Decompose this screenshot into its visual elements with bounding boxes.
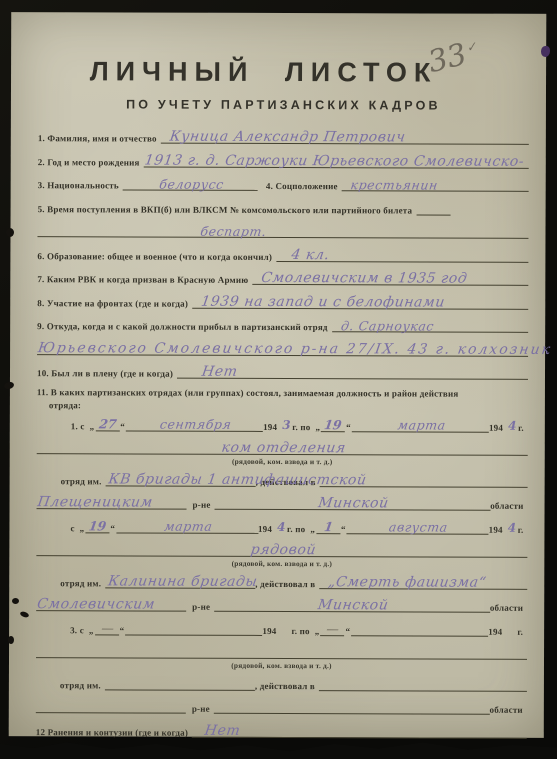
entry3-day-to-blank: — bbox=[320, 621, 344, 636]
paper-speck bbox=[8, 636, 14, 644]
field-captivity-blank: Нет bbox=[177, 364, 528, 380]
entry2-region: Минской bbox=[317, 598, 389, 612]
field-education-label: 6. Образование: общее и военное (что и к… bbox=[37, 251, 276, 262]
entry1-day-to: 19 bbox=[324, 419, 343, 432]
service-entry-1-unit: отряд им. КВ бригады 1 антифашистской , … bbox=[61, 471, 528, 488]
otryad-label: отряд им. bbox=[61, 476, 106, 486]
field-birth-label: 2. Год и место рождения bbox=[38, 157, 144, 167]
oblast-label: области bbox=[490, 603, 527, 613]
entry2-district: Смолевичским bbox=[36, 597, 156, 611]
entry2-day-to-blank: 1 bbox=[316, 519, 340, 534]
field-units-label-line1: 11. В каких партизанских отрядах (или гр… bbox=[37, 387, 463, 398]
field-party-blank: беспарт. bbox=[37, 222, 528, 239]
field-social-value: крестьянин bbox=[350, 179, 439, 192]
field-social-blank: крестьянин bbox=[342, 176, 529, 192]
year-prefix: 194 bbox=[488, 626, 506, 636]
rne-label: р-не bbox=[186, 602, 214, 612]
entry3-month-to-blank bbox=[351, 621, 488, 636]
field-captivity: 10. Был ли в плену (где и когда) Нет bbox=[37, 363, 528, 380]
rne-label: р-не bbox=[186, 704, 214, 714]
personal-form: 1. Фамилия, имя и отчество Куница Алекса… bbox=[36, 128, 529, 738]
entry2-position: рядовой bbox=[249, 543, 316, 557]
entry1-otryad-name: КВ бригады 1 антифашистской bbox=[108, 472, 368, 487]
entry2-day-from-blank: 19 bbox=[85, 518, 109, 533]
g: г. bbox=[518, 422, 528, 432]
field-arrival-value2: Юрьевского Смолевичского р-на 27/IX. 43 … bbox=[37, 341, 553, 357]
field-party-value: беспарт. bbox=[199, 225, 267, 238]
field-arrival-label: 9. Откуда, когда и с какой должности при… bbox=[37, 321, 332, 332]
acted-label: , действовал в bbox=[255, 680, 319, 690]
field-wounds-blank: Нет bbox=[192, 722, 527, 738]
field-arrival-line2: Юрьевского Смолевичского р-на 27/IX. 43 … bbox=[37, 340, 528, 357]
field-captivity-value: Нет bbox=[201, 365, 239, 379]
field-fronts-label: 8. Участие на фронтах (где и когда) bbox=[37, 298, 192, 309]
entry3-day-from: — bbox=[100, 622, 115, 635]
field-party-label: 5. Время поступления в ВКП(б) или ВЛКСМ … bbox=[38, 204, 417, 215]
service-entry-1-position: ком отделения bbox=[37, 439, 528, 456]
field-arrival-blank2: Юрьевского Смолевичского р-на 27/IX. 43 … bbox=[37, 340, 528, 357]
field-wounds: 12 Ранения и контузии (где и когда) Нет bbox=[36, 722, 527, 739]
field-fronts-value: 1939 на запад и с белофинами bbox=[200, 294, 446, 309]
field-fronts-blank: 1939 на запад и с белофинами bbox=[192, 293, 528, 309]
rank-hint: (рядовой, ком. взвода и т. д.) bbox=[36, 558, 527, 569]
oblast-label: области bbox=[489, 705, 526, 715]
scanned-photo-background: 33✓ ЛИЧНЫЙ ЛИСТОК ПО УЧЕТУ ПАРТИЗАНСКИХ … bbox=[0, 0, 557, 759]
entry1-day-from: 27 bbox=[98, 418, 117, 431]
service-entry-3-position bbox=[36, 643, 527, 660]
field-arrival: 9. Откуда, когда и с какой должности при… bbox=[37, 316, 528, 333]
entry1-region: Минской bbox=[317, 496, 389, 510]
service-entry-2-unit: отряд им. Калинина бригады , действовал … bbox=[60, 573, 527, 590]
acted-label: , действовал в bbox=[255, 578, 319, 588]
g-po: г. по bbox=[292, 422, 314, 432]
field-education-value: 4 кл. bbox=[290, 248, 330, 262]
field-rvk-blank: Смолевичским в 1935 год bbox=[252, 270, 528, 286]
field-arrival-value1: д. Сарноукас bbox=[340, 320, 435, 333]
entry1-prefix: 1. с bbox=[71, 421, 89, 431]
year-prefix: 194 bbox=[489, 422, 507, 432]
rne-label: р-не bbox=[187, 500, 215, 510]
entry2-month-to: августа bbox=[388, 521, 449, 534]
service-entry-3-area: р-не области bbox=[36, 698, 527, 715]
entry2-acted-value: „Смерть фашизма“ bbox=[327, 575, 487, 590]
field-units-heading: 11. В каких партизанских отрядах (или гр… bbox=[37, 387, 528, 399]
entry2-day-from: 19 bbox=[88, 520, 107, 533]
year-prefix: 194 bbox=[258, 523, 276, 533]
entry2-year-to: 4 bbox=[508, 521, 516, 533]
entry1-month-from: сентября bbox=[159, 419, 232, 432]
entry3-month-from-blank bbox=[125, 620, 262, 635]
entry2-region-blank: Минской bbox=[214, 597, 490, 613]
field-nationality-label: 3. Национальность bbox=[38, 180, 123, 190]
form-title: ЛИЧНЫЙ ЛИСТОК bbox=[38, 56, 489, 89]
field-party-line2: беспарт. bbox=[37, 222, 528, 239]
field-birth-value: 1913 г. д. Саржоуки Юрьевского Смолевичс… bbox=[144, 153, 525, 168]
rank-hint: (рядовой, ком. взвода и т. д.) bbox=[37, 456, 528, 467]
service-entry-3-unit: отряд им. , действовал в bbox=[60, 675, 527, 692]
g: г. bbox=[517, 626, 527, 636]
field-birth: 2. Год и место рождения 1913 г. д. Саржо… bbox=[38, 152, 529, 169]
entry2-day-to: 1 bbox=[323, 521, 334, 534]
entry1-day-to-blank: 19 bbox=[321, 417, 345, 432]
entry3-year-from-blank bbox=[280, 622, 291, 636]
entry2-district-blank: Смолевичским bbox=[36, 596, 186, 612]
document-paper: 33✓ ЛИЧНЫЙ ЛИСТОК ПО УЧЕТУ ПАРТИЗАНСКИХ … bbox=[9, 12, 547, 738]
ink-blot bbox=[541, 46, 550, 57]
year-prefix: 194 bbox=[489, 524, 507, 534]
field-surname-blank: Куница Александр Петрович bbox=[161, 129, 529, 145]
entry1-position: ком отделения bbox=[220, 441, 346, 455]
field-fronts: 8. Участие на фронтах (где и когда) 1939… bbox=[37, 293, 528, 310]
entry2-year-from-blank: 4 bbox=[276, 519, 287, 533]
entry3-prefix: 3. с bbox=[70, 625, 88, 635]
oblast-label: области bbox=[490, 501, 527, 511]
entry3-year-to-blank bbox=[506, 622, 517, 636]
entry1-region-blank: Минской bbox=[215, 495, 491, 511]
entry3-otryad-blank bbox=[105, 675, 255, 691]
field-captivity-label: 10. Был ли в плену (где и когда) bbox=[37, 368, 177, 378]
field-education: 6. Образование: общее и военное (что и к… bbox=[37, 246, 528, 263]
entry2-acted-blank: „Смерть фашизма“ bbox=[319, 574, 527, 590]
rank-hint: (рядовой, ком. взвода и т. д.) bbox=[36, 660, 527, 671]
g-po: г. по bbox=[287, 524, 309, 534]
entry1-month-from-blank: сентября bbox=[126, 416, 263, 431]
service-entry-1-dates: 1. с „ 27 “ сентября 194 3 г. по „ 19 “ … bbox=[71, 416, 528, 433]
field-wounds-label: 12 Ранения и контузии (где и когда) bbox=[36, 727, 192, 738]
entry3-region-blank bbox=[214, 699, 490, 715]
entry3-position-blank bbox=[36, 643, 527, 660]
year-prefix: 194 bbox=[263, 421, 281, 431]
field-party: 5. Время поступления в ВКП(б) или ВЛКСМ … bbox=[38, 199, 529, 216]
entry2-month-to-blank: августа bbox=[347, 519, 489, 534]
field-units-label-line2: отряда: bbox=[49, 400, 85, 410]
field-rvk-value: Смолевичским в 1935 год bbox=[260, 271, 468, 286]
entry3-day-from-blank: — bbox=[95, 620, 119, 635]
paper-speck bbox=[12, 598, 19, 604]
field-nationality-blank: белорусс bbox=[123, 175, 258, 190]
entry2-position-blank: рядовой bbox=[36, 541, 527, 558]
field-social-label: 4. Соцположение bbox=[258, 181, 342, 191]
entry2-prefix: с bbox=[70, 523, 78, 533]
service-entry-3-dates: 3. с „ — “ 194 г. по „ — “ 194 г. bbox=[70, 620, 527, 637]
entry1-position-blank: ком отделения bbox=[37, 439, 528, 456]
entry1-day-from-blank: 27 bbox=[95, 416, 119, 431]
field-units-heading-line2: отряда: bbox=[49, 400, 528, 412]
service-entry-1-area: Плещеницким р-не Минской области bbox=[37, 494, 528, 511]
g: г. bbox=[518, 524, 528, 534]
field-education-blank: 4 кл. bbox=[276, 246, 528, 262]
entry2-year-to-blank: 4 bbox=[507, 520, 518, 534]
field-rvk: 7. Каким РВК и когда призван в Красную А… bbox=[37, 269, 528, 286]
field-nationality-value: белорусс bbox=[158, 178, 224, 191]
service-entry-2-dates: с „ 19 “ марта 194 4 г. по „ 1 “ августа… bbox=[70, 518, 527, 535]
field-surname: 1. Фамилия, имя и отчество Куница Алекса… bbox=[38, 128, 529, 145]
entry1-year-to-blank: 4 bbox=[507, 418, 518, 432]
field-arrival-blank: д. Сарноукас bbox=[332, 317, 529, 333]
entry1-otryad-blank: КВ бригады 1 антифашистской bbox=[106, 471, 256, 487]
entry2-month-from: марта bbox=[163, 521, 213, 534]
entry1-year-from-blank: 3 bbox=[281, 418, 292, 432]
otryad-label: отряд им. bbox=[60, 578, 105, 588]
entry1-month-to-blank: марта bbox=[352, 417, 489, 432]
service-entry-2-area: Смолевичским р-не Минской области bbox=[36, 596, 527, 613]
year-prefix: 194 bbox=[262, 625, 280, 635]
entry1-year-from: 3 bbox=[282, 419, 290, 431]
entry3-district-blank bbox=[36, 698, 186, 714]
entry3-day-to: — bbox=[326, 623, 341, 636]
entry2-month-from-blank: марта bbox=[116, 518, 258, 533]
field-wounds-value: Нет bbox=[204, 723, 242, 737]
entry1-year-to: 4 bbox=[508, 419, 516, 431]
entry1-district: Плещеницким bbox=[37, 495, 154, 509]
entry1-district-blank: Плещеницким bbox=[37, 494, 187, 510]
field-rvk-label: 7. Каким РВК и когда призван в Красную А… bbox=[37, 274, 252, 285]
field-birth-blank: 1913 г. д. Саржоуки Юрьевского Смолевичс… bbox=[144, 152, 529, 168]
entry2-year-from: 4 bbox=[277, 520, 285, 532]
field-party-blank-short bbox=[416, 200, 450, 215]
g-po: г. по bbox=[291, 626, 313, 636]
entry2-otryad-name: Калинина бригады bbox=[107, 574, 258, 589]
entry2-otryad-blank: Калинина бригады bbox=[105, 573, 255, 589]
field-surname-label: 1. Фамилия, имя и отчество bbox=[38, 133, 161, 143]
otryad-label: отряд им. bbox=[60, 680, 105, 690]
field-nationality-social: 3. Национальность белорусс 4. Соцположен… bbox=[38, 175, 529, 192]
entry1-month-to: марта bbox=[396, 419, 446, 432]
paper-speck bbox=[6, 228, 14, 237]
form-subtitle: ПО УЧЕТУ ПАРТИЗАНСКИХ КАДРОВ bbox=[38, 97, 529, 113]
field-surname-value: Куница Александр Петрович bbox=[169, 130, 407, 145]
form-content: ЛИЧНЫЙ ЛИСТОК ПО УЧЕТУ ПАРТИЗАНСКИХ КАДР… bbox=[36, 42, 529, 747]
entry3-acted-blank bbox=[319, 676, 527, 692]
service-entry-2-position: рядовой bbox=[36, 541, 527, 558]
